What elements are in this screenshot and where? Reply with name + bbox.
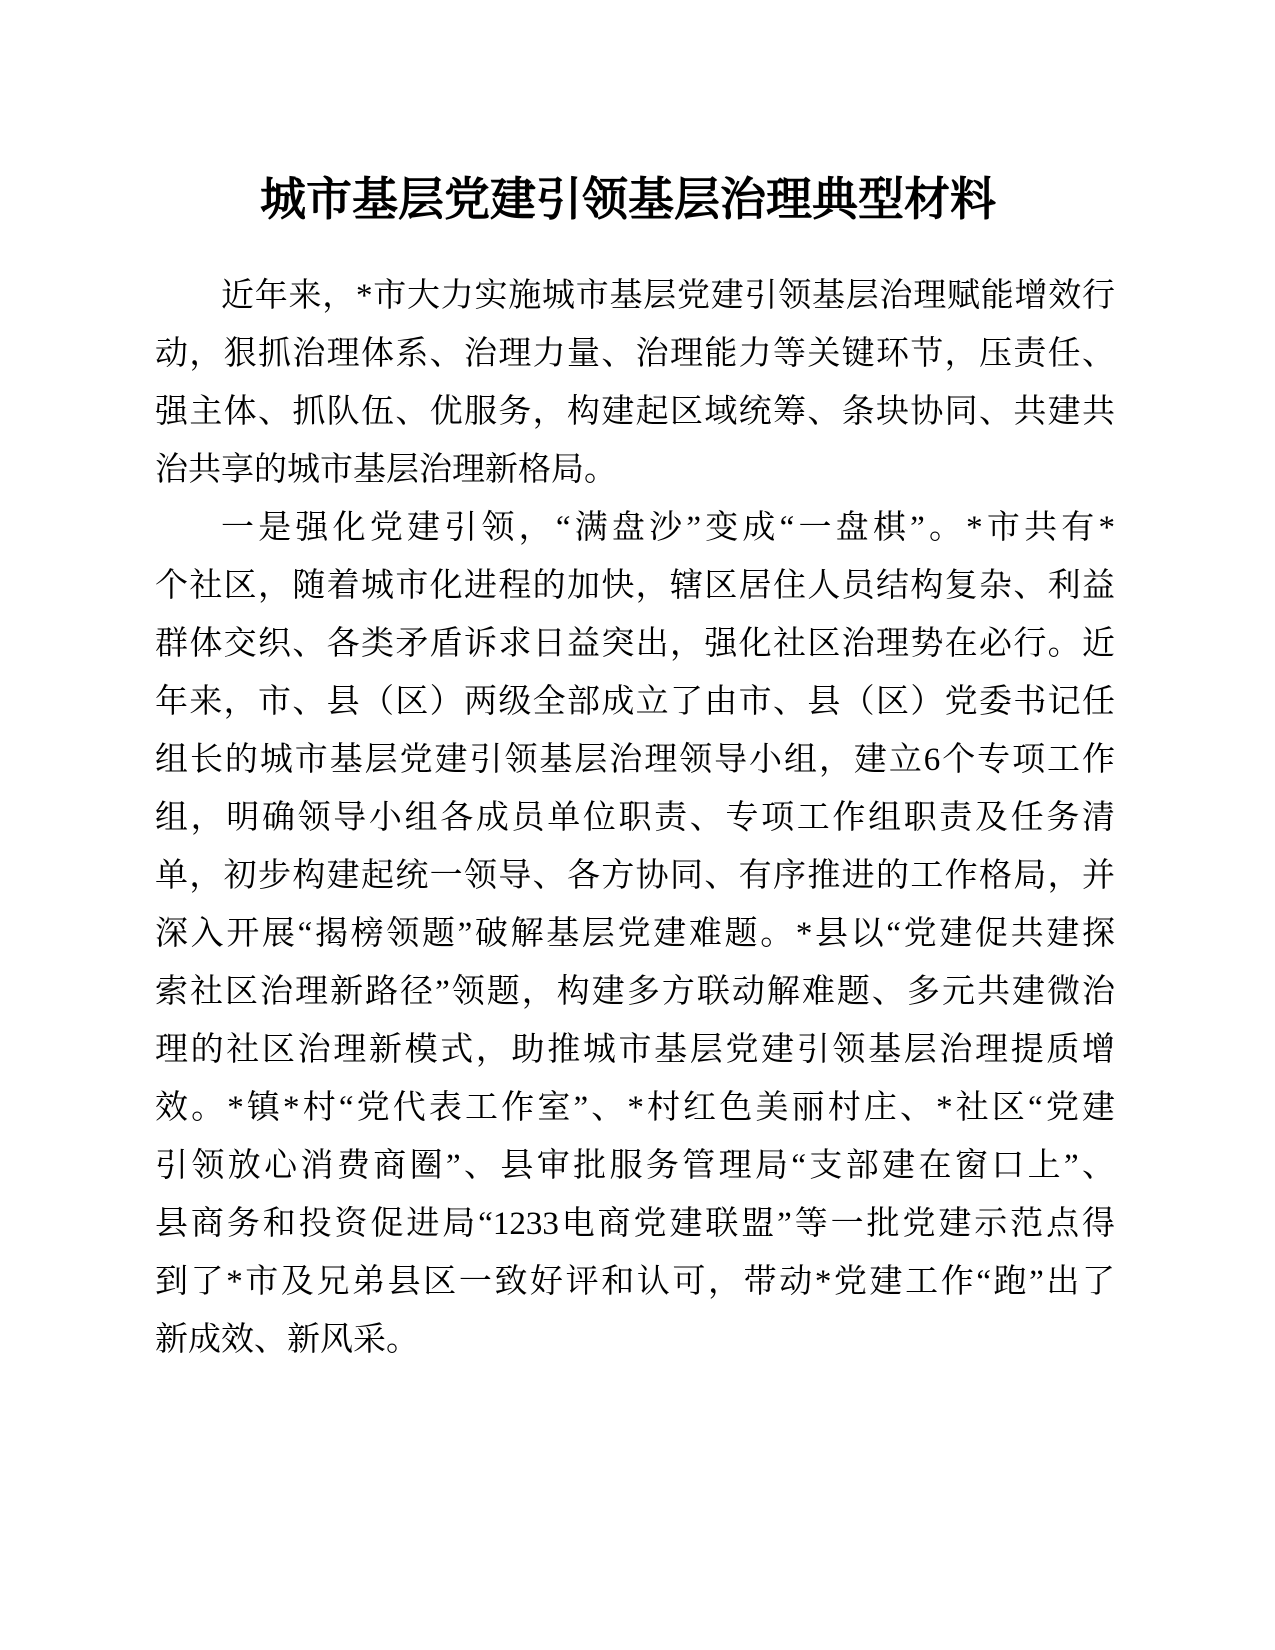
document-page: 城市基层党建引领基层治理典型材料 近年来，*市大力实施城市基层党建引领基层治理赋…: [0, 0, 1275, 1650]
text-line: 一是强化党建引领，“满盘沙”变成“一盘棋”。*市共有*: [155, 499, 1115, 557]
text-line: 组长的城市基层党建引领基层治理领导小组，建立6个专项工作: [155, 731, 1115, 789]
text-line: 县商务和投资促进局“1233电商党建联盟”等一批党建示范点得: [155, 1195, 1115, 1253]
text-line: 强主体、抓队伍、优服务，构建起区域统筹、条块协同、共建共: [155, 383, 1115, 441]
text-line: 年来，市、县（区）两级全部成立了由市、县（区）党委书记任: [155, 673, 1115, 731]
text-line: 引领放心消费商圈”、县审批服务管理局“支部建在窗口上”、: [155, 1137, 1115, 1195]
text-line: 理的社区治理新模式，助推城市基层党建引领基层治理提质增: [155, 1021, 1115, 1079]
text-line: 动，狠抓治理体系、治理力量、治理能力等关键环节，压责任、: [155, 325, 1115, 383]
text-line: 群体交织、各类矛盾诉求日益突出，强化社区治理势在必行。近: [155, 615, 1115, 673]
text-line: 治共享的城市基层治理新格局。: [155, 441, 1115, 499]
text-line: 组，明确领导小组各成员单位职责、专项工作组职责及任务清: [155, 789, 1115, 847]
text-line: 深入开展“揭榜领题”破解基层党建难题。*县以“党建促共建探: [155, 905, 1115, 963]
document-body: 近年来，*市大力实施城市基层党建引领基层治理赋能增效行动，狠抓治理体系、治理力量…: [155, 267, 1115, 1369]
document-title: 城市基层党建引领基层治理典型材料: [148, 168, 1108, 232]
text-line: 近年来，*市大力实施城市基层党建引领基层治理赋能增效行: [155, 267, 1115, 325]
text-line: 到了*市及兄弟县区一致好评和认可，带动*党建工作“跑”出了: [155, 1253, 1115, 1311]
text-line: 单，初步构建起统一领导、各方协同、有序推进的工作格局，并: [155, 847, 1115, 905]
text-line: 个社区，随着城市化进程的加快，辖区居住人员结构复杂、利益: [155, 557, 1115, 615]
text-line: 索社区治理新路径”领题，构建多方联动解难题、多元共建微治: [155, 963, 1115, 1021]
paragraph: 一是强化党建引领，“满盘沙”变成“一盘棋”。*市共有*个社区，随着城市化进程的加…: [155, 499, 1115, 1369]
paragraph: 近年来，*市大力实施城市基层党建引领基层治理赋能增效行动，狠抓治理体系、治理力量…: [155, 267, 1115, 499]
text-line: 效。*镇*村“党代表工作室”、*村红色美丽村庄、*社区“党建: [155, 1079, 1115, 1137]
text-line: 新成效、新风采。: [155, 1311, 1115, 1369]
